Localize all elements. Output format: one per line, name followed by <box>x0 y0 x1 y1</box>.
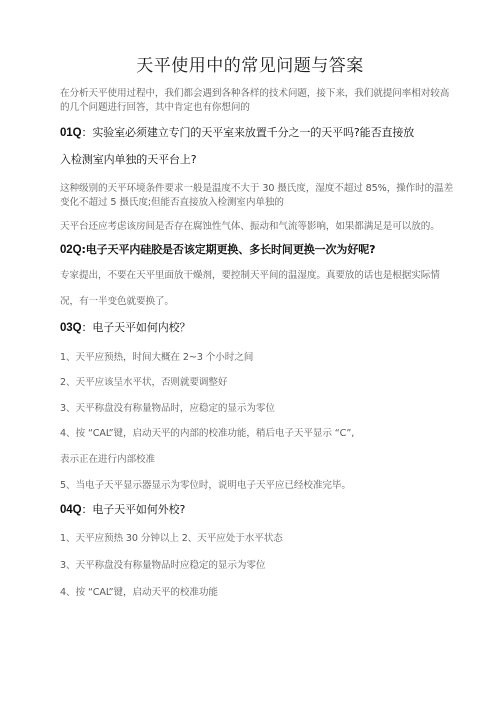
question-text: ：电子天平如何外校? <box>81 503 185 516</box>
answer-01-line-2: 变化不超过 5 摄氏度;但能否直接放入检测室内单独的 <box>60 194 284 208</box>
question-text: ：实验室必须建立专门的天平室来放置千分之一的天平吗?能否直接放 <box>81 126 414 139</box>
answer-04-step-3: 3、天平称盘没有称量物品时应稳定的显示为零位 <box>60 557 265 571</box>
question-01-heading: 01Q：实验室必须建立专门的天平室来放置千分之一的天平吗?能否直接放 <box>60 124 414 140</box>
intro-line-2: 的几个问题进行回答，其中肯定也有你想问的 <box>60 99 250 113</box>
question-01-heading-cont: 入检测室内单独的天平台上? <box>60 151 197 167</box>
question-text: 入检测室内单独的天平台上? <box>60 153 197 166</box>
page-title: 天平使用中的常见问题与答案 <box>0 51 500 76</box>
answer-03-step-3: 3、天平称盘没有称量物品时，应稳定的显示为零位 <box>60 400 275 414</box>
question-02-heading: 02Q:电子天平内硅胶是否该定期更换、多长时间更换一次为好呢? <box>60 241 375 257</box>
answer-02-line-2: 况，有一半变色就要换了。 <box>60 293 174 307</box>
question-number: 01Q <box>60 127 81 139</box>
question-text: :电子天平内硅胶是否该定期更换、多长时间更换一次为好呢? <box>81 243 375 256</box>
question-number: 02Q <box>60 244 81 256</box>
answer-03-step-5: 5、当电子天平显示器显示为零位时，说明电子天平应已经校准完毕。 <box>60 477 351 491</box>
answer-01-line-1: 这种级别的天平环境条件要求一般是温度不大于 30 摄氏度，湿度不超过 85%，操… <box>60 180 453 194</box>
answer-01-line-3: 天平台还应考虑该房间是否存在腐蚀性气体、振动和气流等影响，如果都满足是可以放的。 <box>60 218 440 232</box>
question-text: ：电子天平如何内校？ <box>81 321 190 334</box>
answer-03-step-4-cont: 表示正在进行内部校准 <box>60 451 155 465</box>
answer-04-step-1-2: 1、天平应预热 30 分钟以上 2、天平应处于水平状态 <box>60 530 283 544</box>
question-number: 03Q <box>60 322 81 334</box>
answer-03-step-1: 1、天平应预热，时间大概在 2~3 个小时之间 <box>60 349 253 363</box>
document-page: 天平使用中的常见问题与答案 在分析天平使用过程中，我们都会遇到各种各样的技术问题… <box>0 0 500 707</box>
answer-03-step-2: 2、天平应该呈水平状，否则就要调整好 <box>60 374 227 388</box>
answer-04-step-4: 4、按 “CAL”键，启动天平的校准功能 <box>60 584 218 598</box>
question-number: 04Q <box>60 504 81 516</box>
intro-line-1: 在分析天平使用过程中，我们都会遇到各种各样的技术问题，接下来，我们就提问率相对较… <box>60 85 449 99</box>
answer-03-step-4: 4、按 “CAL”键，启动天平的内部的校准功能，稍后电子天平显示 “C”, <box>60 425 354 439</box>
question-04-heading: 04Q：电子天平如何外校? <box>60 501 185 517</box>
answer-02-line-1: 专家提出，不要在天平里面放干燥剂，要控制天平间的温湿度。真要放的话也是根据实际情 <box>60 267 440 281</box>
question-03-heading: 03Q：电子天平如何内校？ <box>60 319 190 335</box>
